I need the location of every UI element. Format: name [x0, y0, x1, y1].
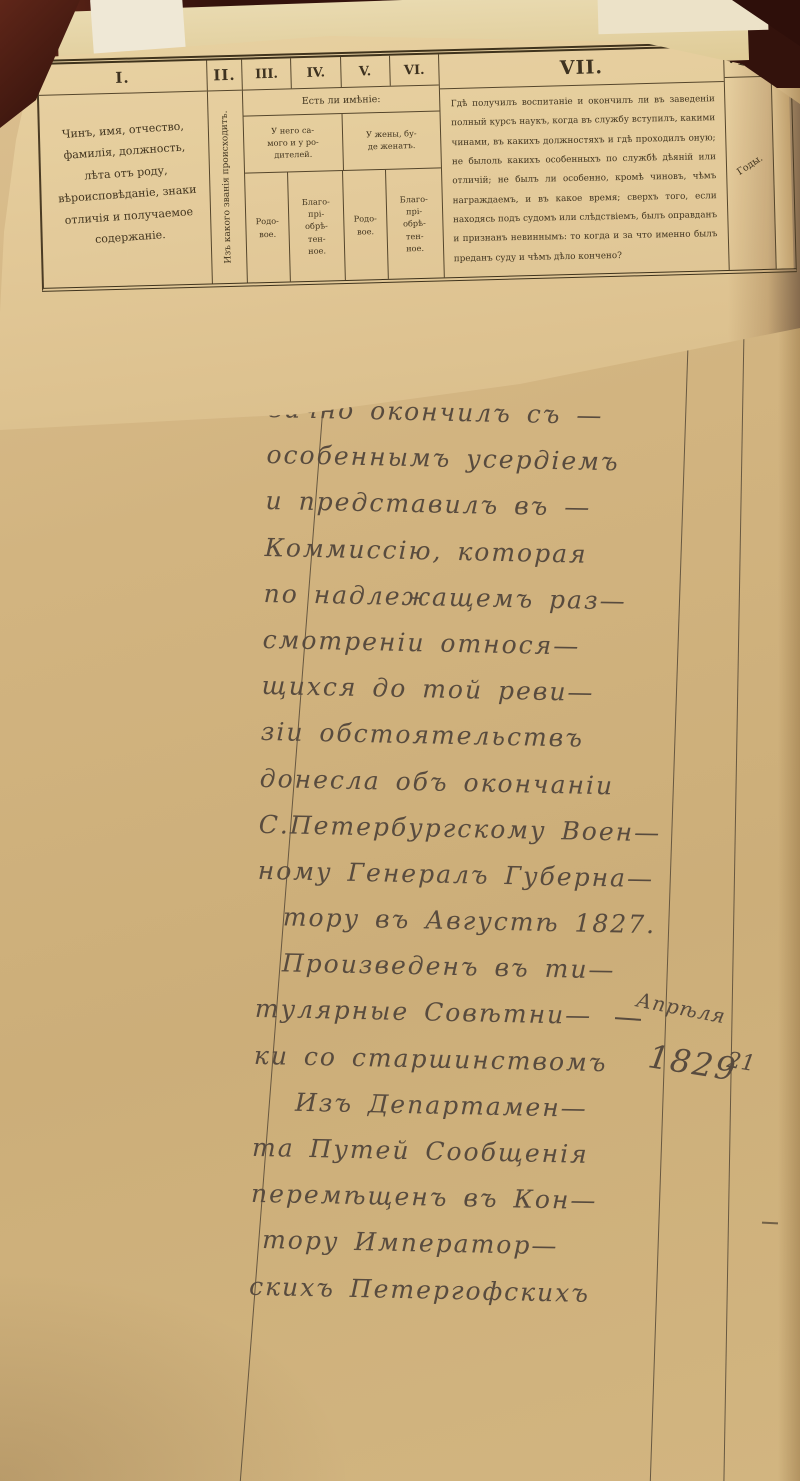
entry-line: тору Император—	[262, 1217, 651, 1271]
entry-line: Коммиссію, которая	[264, 525, 665, 580]
formular-table-header: I. Чинъ, имя, отчество, фамилія, должнос…	[36, 40, 797, 292]
estate-wife-label: У жены, бу- де женатъ.	[341, 111, 441, 170]
entry-line: Изъ Департамен—	[295, 1080, 654, 1134]
entry-line: Произведенъ въ ти—	[281, 941, 656, 995]
column-iv-numeral: IV.	[290, 57, 340, 88]
entry-line: ному Генералъ Губерна—	[257, 848, 658, 903]
column-i: I. Чинъ, имя, отчество, фамилія, должнос…	[38, 61, 212, 288]
entry-line: тору въ Августѣ 1827.	[282, 894, 657, 948]
column-ii-numeral: II.	[207, 60, 242, 92]
estate-own-rodovoe: Родо- вое.	[245, 172, 290, 282]
column-viii-heading: Годы.	[735, 153, 765, 178]
column-v-numeral: V.	[340, 56, 390, 87]
estate-wife-rodovoe: Родо- вое.	[342, 170, 388, 280]
column-vi-numeral: VI.	[389, 54, 439, 85]
entry-line: та Путей Сообщенія	[252, 1125, 653, 1180]
estate-wife-blago: Благо- прі- обрѣ- тен- ное.	[385, 168, 443, 278]
entry-line: и представилъ въ —	[265, 478, 666, 533]
estate-own-blago: Благо- прі- обрѣ- тен- ное.	[287, 171, 345, 281]
entry-line: по надлежащемъ раз—	[263, 571, 664, 626]
column-ii: II. Изъ какого званія происходитъ.	[206, 60, 247, 284]
entry-line: ки со старшинствомъ	[253, 1032, 654, 1087]
estate-own-label: У него са- мого и у ро- дителей.	[244, 114, 343, 173]
entry-line: тулярные Совѣтни—	[254, 986, 655, 1041]
column-ii-heading: Изъ какого званія происходитъ.	[218, 102, 236, 272]
handwritten-entry: вично окончилъ съ — особеннымъ усердіемъ…	[249, 386, 668, 1318]
entry-line: донесла объ окончаніи	[259, 755, 660, 810]
columns-iii-vi: III. IV. V. VI. Есть ли имѣніе: У него с…	[241, 54, 444, 282]
column-vii: VII. Гдѣ получилъ воспитаніе и окончилъ …	[438, 47, 729, 277]
entry-line: щихся до той реви—	[261, 663, 662, 718]
entry-line: смотреніи относя—	[262, 617, 663, 672]
entry-line: С.Петербургскому Воен—	[258, 802, 659, 857]
column-i-heading: Чинъ, имя, отчество, фамилія, должность,…	[36, 88, 215, 262]
entry-line: скихъ Петергофскихъ	[249, 1263, 650, 1318]
column-vii-heading: Гдѣ получилъ воспитаніе и окончилъ ли въ…	[441, 83, 729, 277]
entry-line: особеннымъ усердіемъ	[266, 432, 667, 487]
column-iii-numeral: III.	[242, 58, 291, 89]
entry-date-day: 21	[725, 1048, 757, 1077]
entry-line: зіи обстоятельствъ	[260, 709, 661, 764]
entry-line: перемѣщенъ въ Кон—	[251, 1171, 652, 1226]
